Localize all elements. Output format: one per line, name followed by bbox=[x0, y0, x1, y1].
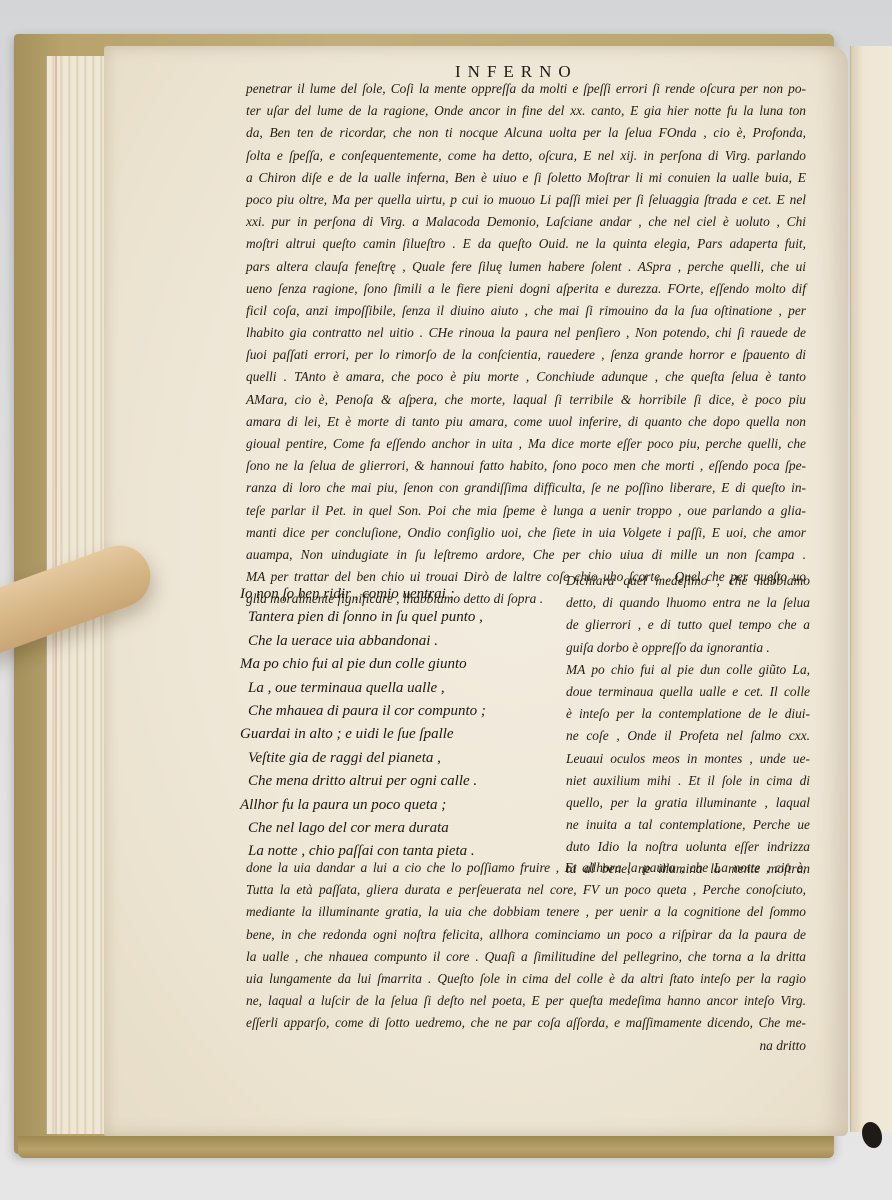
text-line: ne, laqual a luſcir de la ſelua ſi deſto… bbox=[246, 990, 806, 1012]
text-line: lhabito gia contratto nel uitio . CHe ri… bbox=[246, 322, 806, 344]
text-line: Leuaui oculos meos in montes , unde ue- bbox=[566, 748, 810, 770]
text-line: duto Idio la noſtra uolunta eſſer indriz… bbox=[566, 836, 810, 858]
commentary-bottom: done la uia dandar a lui a cio che lo po… bbox=[246, 857, 806, 1057]
verse-line: Che mena dritto altrui per ogni calle . bbox=[240, 770, 540, 793]
text-line: ſolta e ſpeſſa, e conſequentemente, come… bbox=[246, 145, 806, 167]
text-line: poco piu oltre, Ma per quella uirtu, p c… bbox=[246, 189, 806, 211]
text-line: de glierrori , e di tutto quel tempo che… bbox=[566, 614, 810, 636]
text-line: uia lungamente da lui ſmarrita . Queſto … bbox=[246, 968, 806, 990]
text-line: moſtri altrui queſto camin ſilueſtro . E… bbox=[246, 233, 806, 255]
text-line: ne inuita a tal contemplatione, Perche u… bbox=[566, 814, 810, 836]
text-line: niet auxilium mihi . Et il ſole in cima … bbox=[566, 770, 810, 792]
text-line: amara di lei, Et è morte di tanto piu am… bbox=[246, 411, 806, 433]
verse-line: Tantera pien di ſonno in ſu quel punto , bbox=[240, 606, 540, 629]
text-line: done la uia dandar a lui a cio che lo po… bbox=[246, 857, 806, 879]
verse-line: Che mhauea di paura il cor compunto ; bbox=[240, 700, 540, 723]
text-line: bene, in che redonda ogni noſtra felicit… bbox=[246, 924, 806, 946]
text-line: ne coſe , Onde il Profeta nel ſalmo cxx. bbox=[566, 725, 810, 747]
text-line: Dichiara quel medeſimo , che habbiamo bbox=[566, 570, 810, 592]
side-commentary: Dichiara quel medeſimo , che habbiamo de… bbox=[566, 570, 810, 881]
text-line: xxi. pur in perſona di Virg. a Malacoda … bbox=[246, 211, 806, 233]
text-line: è inteſo per la contemplatione de le diu… bbox=[566, 703, 810, 725]
verse-line: Guardai in alto ; e uidi le ſue ſpalle bbox=[240, 723, 540, 746]
text-line: ſuoi paſſati errori, per lo rimorſo de l… bbox=[246, 344, 806, 366]
verse-line: Allhor fu la paura un poco queta ; bbox=[240, 794, 540, 817]
text-line: mediante la illuminante gratia, la uia c… bbox=[246, 901, 806, 923]
text-line: ter uſar del lume de la ragione, Onde an… bbox=[246, 100, 806, 122]
verse-line: Che nel lago del cor mera durata bbox=[240, 817, 540, 840]
verse-block: Io non ſo ben ridir , comio uentrai ; Ta… bbox=[240, 583, 540, 864]
text-line: ſono ne la ſelua de glierrori, & hannoui… bbox=[246, 455, 806, 477]
text-line: doue terminaua quella ualle e cet. Il co… bbox=[566, 681, 810, 703]
text-line: quelli . TAnto è amara, che poco è piu m… bbox=[246, 366, 806, 388]
text-line: teſe parlar il Pet. in quel Son. Poi che… bbox=[246, 500, 806, 522]
text-line: ficil coſa, anzi impoſſibile, ſenza il d… bbox=[246, 300, 806, 322]
text-line: eſſerli apparſo, come di ſotto uedremo, … bbox=[246, 1012, 806, 1034]
text-line: detto, di quando lhuomo entra ne la ſelu… bbox=[566, 592, 810, 614]
catchword: na dritto bbox=[246, 1035, 806, 1057]
text-line: ranza di loro che mai piu, ſenon con gra… bbox=[246, 477, 806, 499]
text-line: auampa, Non uindugiate in ſu leſtremo ar… bbox=[246, 544, 806, 566]
cover-bottom-edge bbox=[18, 1136, 834, 1158]
verse-line: La , oue terminaua quella ualle , bbox=[240, 677, 540, 700]
verse-line: Ma po chio fui al pie dun colle giunto bbox=[240, 653, 540, 676]
text-line: penetrar il lume del ſole, Coſi la mente… bbox=[246, 78, 806, 100]
verse-line: Che la uerace uia abbandonai . bbox=[240, 630, 540, 653]
verse-line: Veſtite gia de raggi del pianeta , bbox=[240, 747, 540, 770]
verse-line: Io non ſo ben ridir , comio uentrai ; bbox=[240, 583, 540, 606]
text-line: MA po chio fui al pie dun colle giũto La… bbox=[566, 659, 810, 681]
facing-page-edge bbox=[850, 46, 892, 1132]
commentary-top: penetrar il lume del ſole, Coſi la mente… bbox=[246, 78, 806, 611]
text-line: da, Ben ten de ricordar, che non ti nocq… bbox=[246, 122, 806, 144]
text-line: manti dice per concluſione, Ondio conſig… bbox=[246, 522, 806, 544]
text-line: quello, per la gratia illuminante , laqu… bbox=[566, 792, 810, 814]
text-line: AMara, cio è, Penoſa & aſpera, che morte… bbox=[246, 389, 806, 411]
text-line: gioual pentire, Come fa eſſendo anchor i… bbox=[246, 433, 806, 455]
text-line: ueno ſenza ragione, ſono ſimili a le fie… bbox=[246, 278, 806, 300]
text-line: la ualle , che nhauea compunto il core .… bbox=[246, 946, 806, 968]
text-line: pars altera clauſa feneſtrę , Quale fere… bbox=[246, 256, 806, 278]
text-line: guiſa dorbo è oppreſſo da ignorantia . bbox=[566, 637, 810, 659]
text-line: Tutta la età paſſata, gliera durata e pe… bbox=[246, 879, 806, 901]
text-line: a Chiron diſe e de la ualle inferna, Ben… bbox=[246, 167, 806, 189]
